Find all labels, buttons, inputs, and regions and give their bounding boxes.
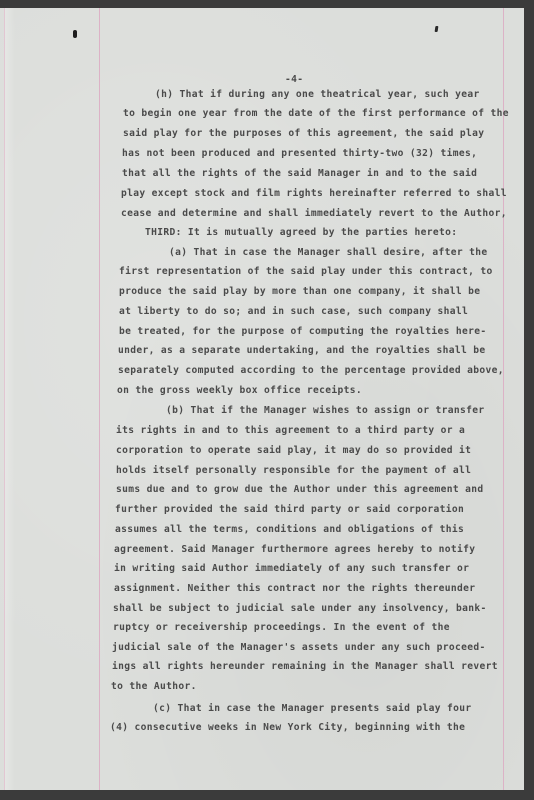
page-number: -4- xyxy=(285,74,303,85)
text-line: (h) That if during any one theatrical ye… xyxy=(155,89,480,100)
typewritten-page: -4- (h) That if during any one theatrica… xyxy=(0,8,524,790)
text-line: said play for the purposes of this agree… xyxy=(123,128,484,139)
text-line: further provided the said third party or… xyxy=(115,504,464,515)
text-line: play except stock and film rights herein… xyxy=(121,188,507,199)
text-line: that all the rights of the said Manager … xyxy=(122,168,477,179)
text-line: produce the said play by more than one c… xyxy=(119,286,480,297)
text-line: to begin one year from the date of the f… xyxy=(123,108,509,119)
text-line: assumes all the terms, conditions and ob… xyxy=(115,524,464,535)
text-line: ings all rights hereunder remaining in t… xyxy=(112,661,498,672)
text-line: its rights in and to this agreement to a… xyxy=(116,425,465,436)
document-viewer: -4- (h) That if during any one theatrica… xyxy=(0,0,534,800)
text-line: ruptcy or receivership proceedings. In t… xyxy=(113,622,450,633)
text-line: first representation of the said play un… xyxy=(119,266,493,277)
text-line: (b) That if the Manager wishes to assign… xyxy=(166,405,485,416)
text-line: (a) That in case the Manager shall desir… xyxy=(169,247,488,258)
text-line: cease and determine and shall immediatel… xyxy=(121,208,507,219)
text-line: holds itself personally responsible for … xyxy=(116,465,471,476)
text-line: has not been produced and presented thir… xyxy=(122,148,477,159)
text-line: judicial sale of the Manager's assets un… xyxy=(112,642,486,653)
text-line: (c) That in case the Manager presents sa… xyxy=(153,703,472,714)
text-line: at liberty to do so; and in such case, s… xyxy=(119,306,468,317)
text-line: assignment. Neither this contract nor th… xyxy=(114,583,475,594)
text-line: (4) consecutive weeks in New York City, … xyxy=(110,722,465,733)
text-line: on the gross weekly box office receipts. xyxy=(117,385,362,396)
text-line: to the Author. xyxy=(111,681,197,692)
text-line: corporation to operate said play, it may… xyxy=(116,445,471,456)
text-line: separately computed according to the per… xyxy=(118,365,504,376)
text-line: agreement. Said Manager furthermore agre… xyxy=(114,544,475,555)
text-line: THIRD: It is mutually agreed by the part… xyxy=(145,227,457,238)
text-line: shall be subject to judicial sale under … xyxy=(113,603,487,614)
text-line: in writing said Author immediately of an… xyxy=(114,563,469,574)
text-line: sums due and to grow due the Author unde… xyxy=(116,484,484,495)
text-line: under, as a separate undertaking, and th… xyxy=(118,345,486,356)
page-text: -4- (h) That if during any one theatrica… xyxy=(0,8,524,790)
text-line: be treated, for the purpose of computing… xyxy=(119,326,487,337)
